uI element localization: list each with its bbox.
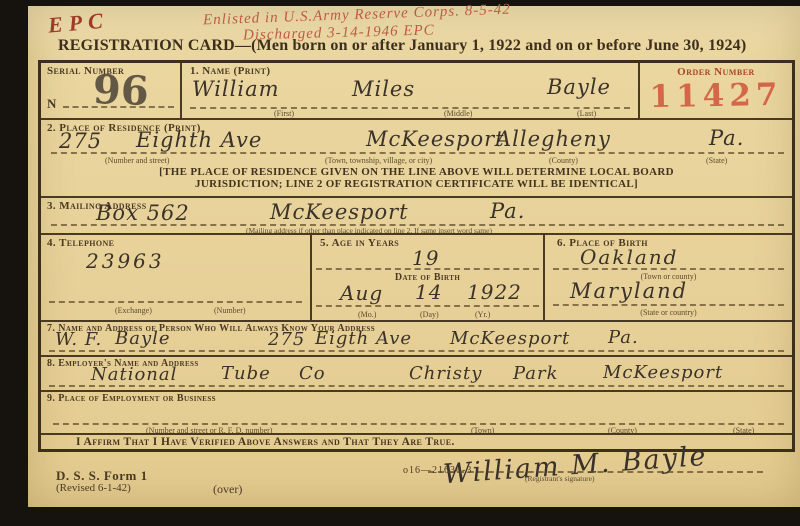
employer-write-line: [49, 357, 784, 387]
form-table: Serial Number N 96 1. Name (Print) Willi…: [38, 60, 795, 452]
name-sub-middle: (Middle): [444, 109, 472, 118]
row-mailing-address: 3. Mailing Address Box 562 McKeesport Pa…: [41, 196, 792, 233]
birthplace-cell: 6. Place of Birth Oakland (Town or count…: [543, 235, 792, 320]
card-title: REGISTRATION CARD—(Men born on or after …: [58, 37, 746, 55]
name-middle-value: Miles: [352, 77, 415, 101]
dob-write-line: [316, 235, 539, 307]
birthplace-sub-state: (State or country): [545, 308, 792, 317]
row-employer: 8. Employer's Name and Address National …: [41, 355, 792, 390]
name-label: 1. Name (Print): [190, 65, 270, 77]
telephone-sub-number: (Number): [214, 306, 246, 315]
name-write-line: [190, 107, 630, 109]
order-number-stamp: 11427: [640, 77, 793, 116]
serial-prefix: N: [47, 96, 57, 112]
telephone-write-line: [49, 235, 302, 303]
serial-number-stamp: 96: [92, 66, 149, 115]
affirmation-text: I Affirm That I Have Verified Above Answ…: [76, 436, 455, 448]
dob-sub-day: (Day): [420, 310, 439, 319]
residence-notice-line2: JURISDICTION; LINE 2 OF REGISTRATION CER…: [41, 178, 792, 190]
row-residence: 2. Place of Residence (Print) 275 Eighth…: [41, 118, 792, 196]
name-last-value: Bayle: [547, 75, 611, 99]
name-sub-first: (First): [274, 109, 294, 118]
row-telephone-age-birth: 4. Telephone 23963 (Exchange) (Number) 5…: [41, 233, 792, 320]
signature-line: [428, 471, 763, 473]
residence-sub-town: (Town, township, village, or city): [325, 156, 432, 165]
residence-notice-line1: [THE PLACE OF RESIDENCE GIVEN ON THE LIN…: [41, 166, 792, 178]
name-sub-last: (Last): [577, 109, 596, 118]
employment-write-line: [53, 392, 784, 425]
scan-background: { "top": { "epc": "EPC", "note1": "Enlis…: [0, 0, 800, 526]
over-note: (over): [213, 482, 242, 497]
registration-card: EPC Enlisted in U.S.Army Reserve Corps. …: [28, 6, 800, 507]
signature-sublabel: (Registrant's signature): [525, 474, 594, 483]
form-revision: (Revised 6-1-42): [56, 482, 131, 494]
residence-sub-county: (County): [549, 156, 578, 165]
row-contact-person: 7. Name and Address of Person Who Will A…: [41, 320, 792, 355]
dob-sub-year: (Yr.): [475, 310, 490, 319]
telephone-sub-exchange: (Exchange): [115, 306, 152, 315]
name-first-value: William: [192, 77, 280, 101]
contact-write-line: [49, 322, 784, 352]
serial-number-cell: Serial Number N 96: [41, 63, 180, 118]
telephone-cell: 4. Telephone 23963 (Exchange) (Number): [41, 235, 310, 320]
residence-sub-street: (Number and street): [105, 156, 169, 165]
age-dob-cell: 5. Age in Years 19 Date of Birth Aug 14 …: [310, 235, 543, 320]
mailing-write-line: [51, 198, 784, 226]
name-cell: 1. Name (Print) William Miles Bayle (Fir…: [180, 63, 638, 118]
residence-sub-state: (State): [706, 156, 727, 165]
dob-sub-month: (Mo.): [358, 310, 376, 319]
birthplace-state-line: [553, 235, 784, 306]
row-place-of-employment: 9. Place of Employment or Business (Numb…: [41, 390, 792, 433]
residence-write-line: [51, 120, 784, 154]
order-number-cell: Order Number 11427: [638, 63, 792, 118]
row-serial-name-order: Serial Number N 96 1. Name (Print) Willi…: [41, 63, 792, 118]
epc-stamp-annotation: EPC: [47, 7, 110, 38]
